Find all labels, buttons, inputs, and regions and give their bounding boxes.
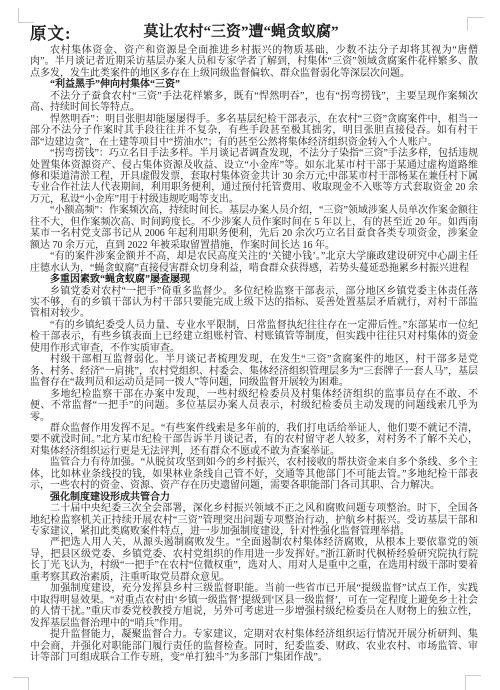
section-heading: 多重因素致“蝇贪蚁腐”屡查屡现: [30, 274, 478, 285]
paragraph: 不法分子蚕食农村“三资”手法花样繁多，既有“悍然明吞”，也有“拐弯捞钱”，主要呈…: [30, 91, 478, 114]
section-heading: “利益黑手”伸向村集体“三资”: [30, 79, 478, 90]
paragraph: 农村集体资金、资产和资源是全面推进乡村振兴的物质基础，少数不法分子却将其视为“唐…: [30, 45, 478, 79]
paragraph: 提升监督能力，凝聚监督合力。专家建议，定期对农村集体经济组织运行情况开展分析研判…: [30, 629, 478, 663]
paragraph: 二十届中央纪委三次全会部署，深化乡村振兴领域不正之风和腐败问题专项整治。时下，全…: [30, 503, 478, 537]
title-row: 原文: 莫让农村“三资”遭“蝇贪蚁腐”: [30, 20, 478, 44]
paragraph: 悍然明吞”：明目张胆却能屡屡得手。多名基层纪检干部表示，在农村“三资”贪腐案件中…: [30, 114, 478, 148]
crop-mark-bottom-right: [465, 675, 481, 690]
crop-mark-bottom-left: [13, 677, 29, 690]
document-title: 莫让农村“三资”遭“蝇贪蚁腐”: [30, 20, 478, 41]
paragraph: 村级干部相互监督弱化。半月谈记者梳理发现，在发生“三资”贪腐案件的地区，村干部多…: [30, 354, 478, 388]
document-page: 原文: 莫让农村“三资”遭“蝇贪蚁腐” 农村集体资金、资产和资源是全面推进乡村振…: [30, 20, 478, 663]
paragraph: 加强制度建设，充分发挥县乡村三级监督职能。当前一些省市已开展“提级监督”试点工作…: [30, 583, 478, 629]
paragraph: “小额高频”：作案频次高，持续时间长。基层办案人员介绍，“三资”领域涉案人员单次…: [30, 205, 478, 251]
paragraph: “有的案件涉案金额并不高，却是农民高度关注的‘关键小钱’。”北京大学廉政建设研究…: [30, 251, 478, 274]
paragraph: 多地纪检监察干部在办案中发现，一些村级纪检委员及村集体经济组织的监事员存在不敢、…: [30, 389, 478, 423]
paragraph: “有的乡镇纪委受人员力量、专业水平限制，日常监督执纪往往存在一定滞后性。”东部某…: [30, 320, 478, 354]
paragraph: 群众监督作用发挥不足。“有些案件线索是多年前的，我们打电话给举证人，他们要不就记…: [30, 423, 478, 457]
paragraph: 严把选人用人关，从源头遏制腐败发生。“全面遏制农村集体经济腐败，从根本上要依靠党…: [30, 537, 478, 583]
section-heading: 强化制度建设形成共管合力: [30, 492, 478, 503]
document-body: 农村集体资金、资产和资源是全面推进乡村振兴的物质基础，少数不法分子却将其视为“唐…: [30, 45, 478, 663]
paragraph: 乡镇党委对农村“一把手”倚重多监督少。多位纪检监察干部表示，部分地区乡镇党委主体…: [30, 286, 478, 320]
paragraph: “拐弯捞钱”：巧立名目手法多样。半月谈记者调查发现，不法分子染指“三资”手法多样…: [30, 148, 478, 205]
paragraph: 监管合力有待加强。“从脱贫攻坚到如今的乡村振兴，农村接收的帮扶资金来自多个条线、…: [30, 457, 478, 491]
origin-label: 原文:: [30, 20, 72, 44]
